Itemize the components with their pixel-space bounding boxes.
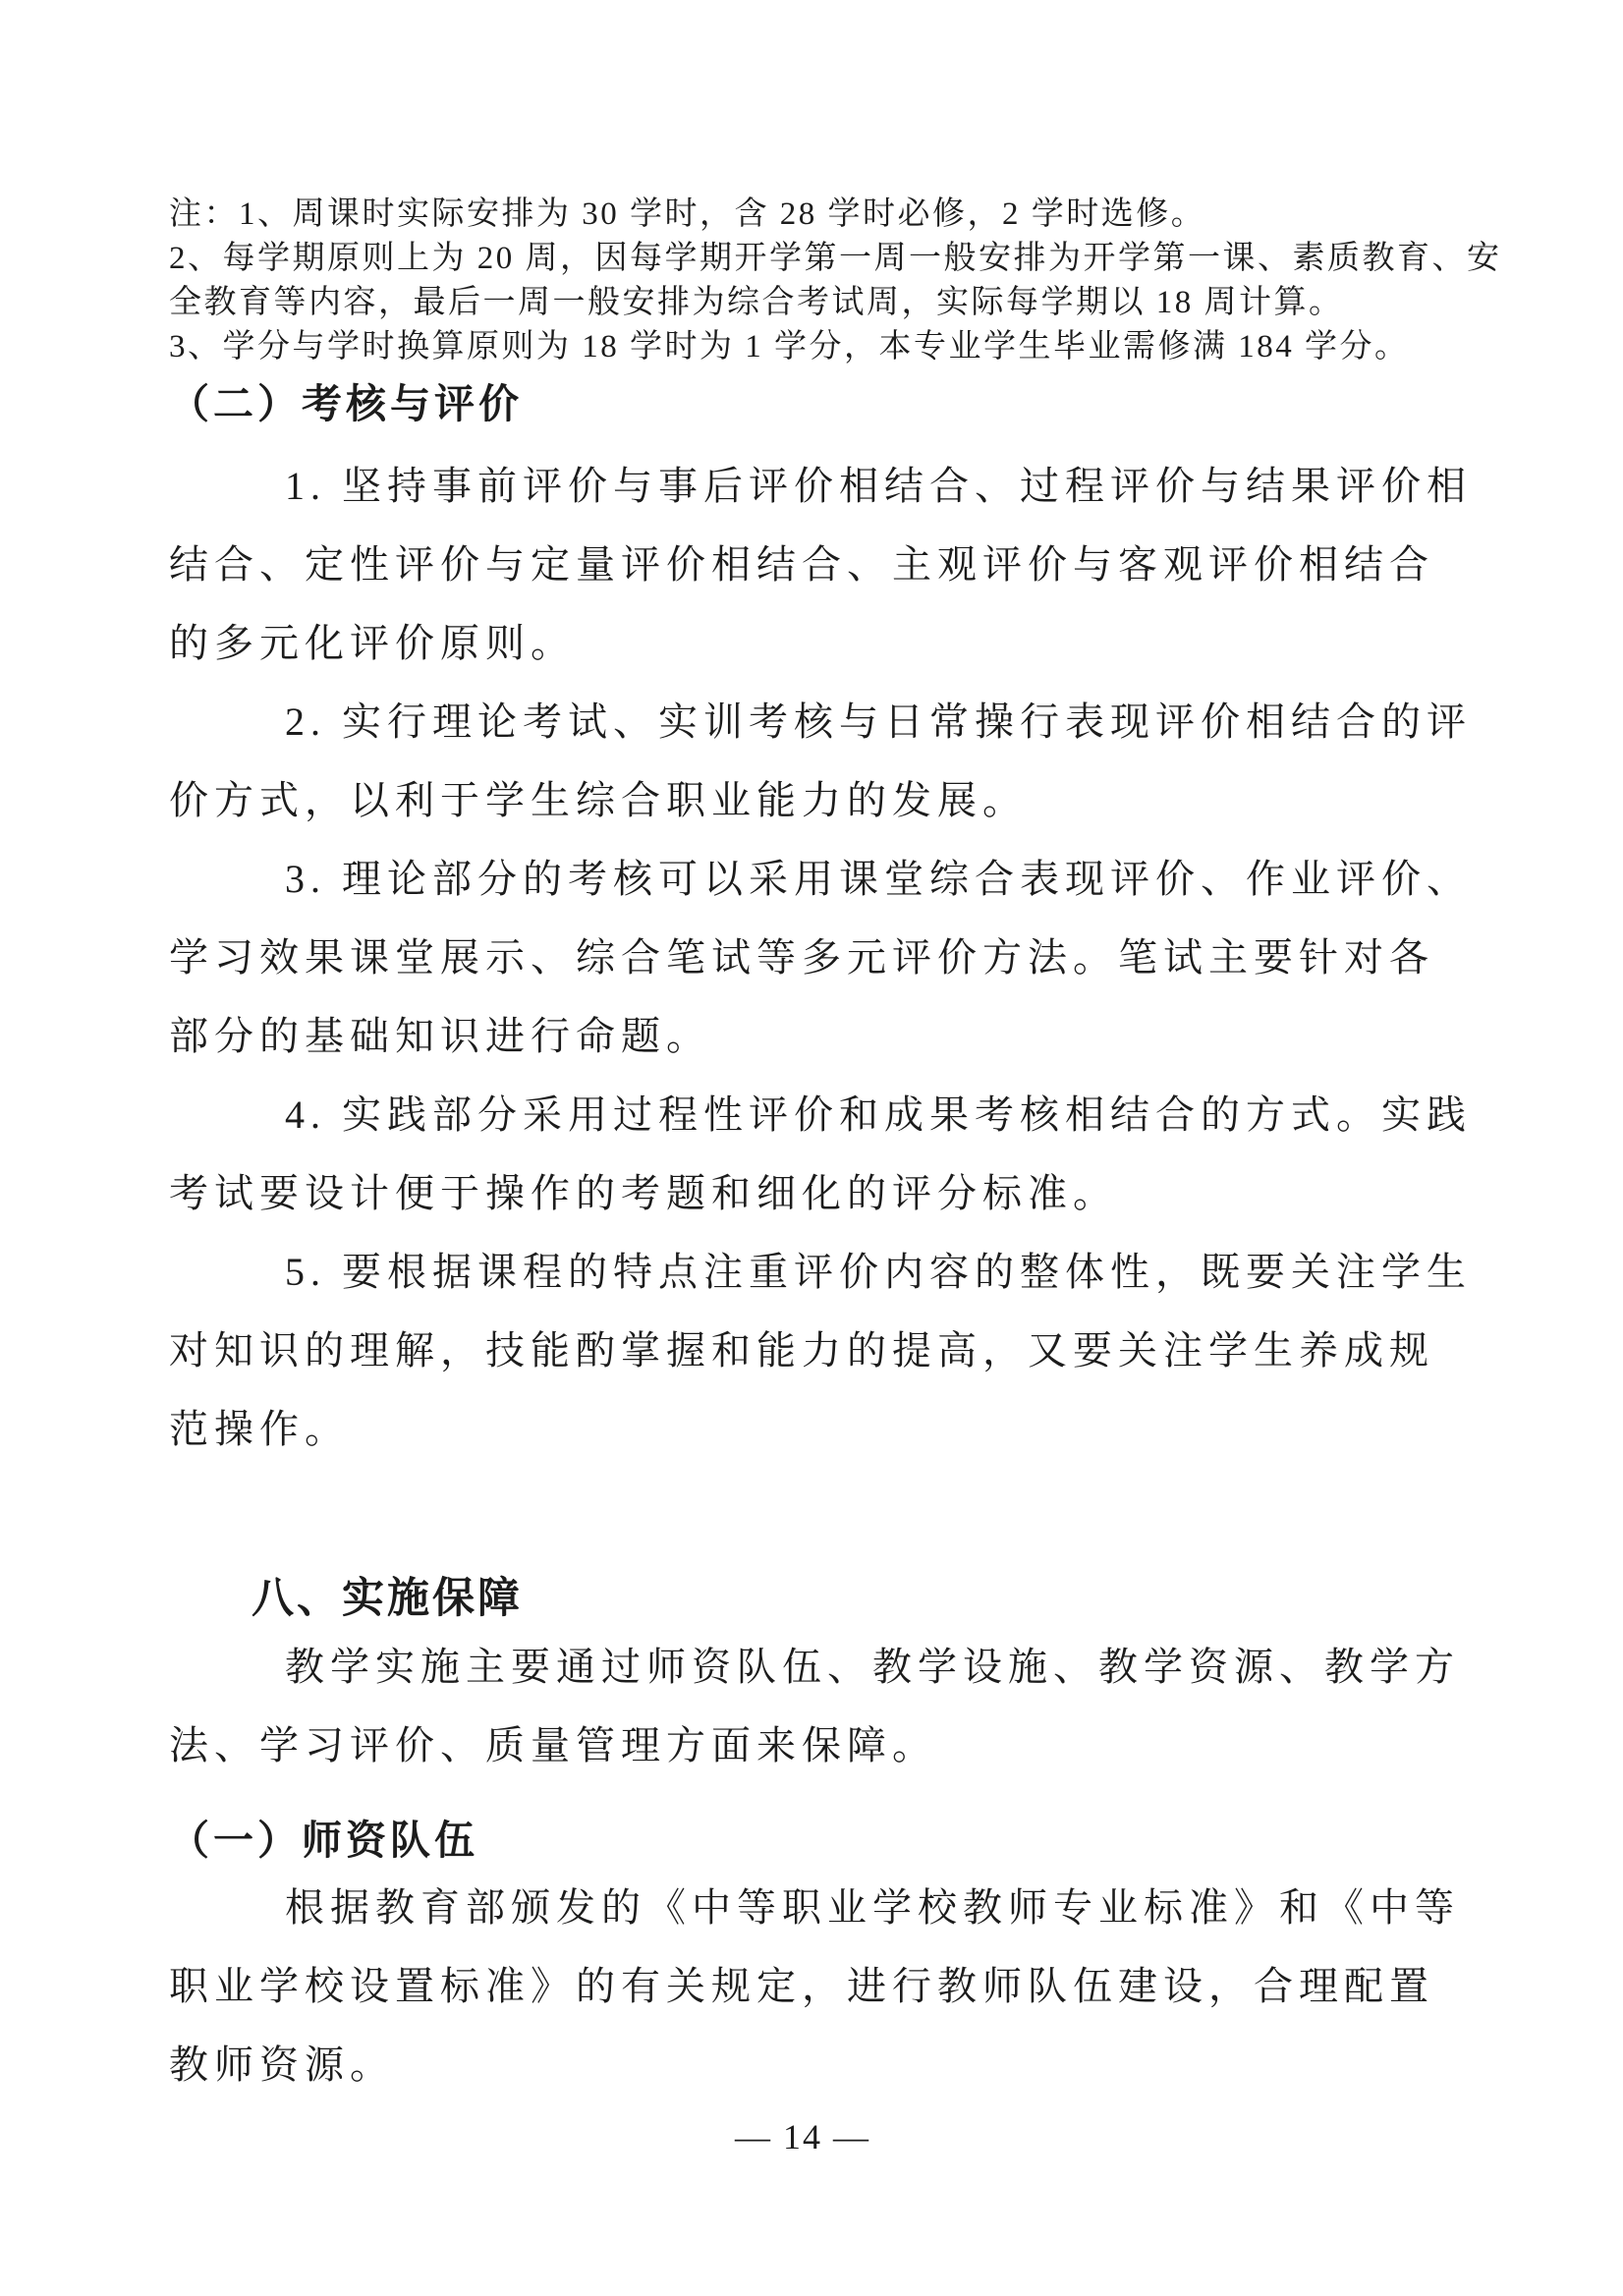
text-line: 教师资源。 bbox=[169, 2026, 1436, 2104]
text-line: 学习效果课堂展示、综合笔试等多元评价方法。笔试主要针对各 bbox=[169, 919, 1436, 997]
text-line: 1. 坚持事前评价与事后评价相结合、过程评价与结果评价相 bbox=[169, 447, 1436, 526]
section-heading-assessment: （二）考核与评价 bbox=[169, 375, 1436, 432]
paragraph: 根据教育部颁发的《中等职业学校教师专业标准》和《中等职业学校设置标准》的有关规定… bbox=[169, 1869, 1436, 2104]
text-line: 5. 要根据课程的特点注重评价内容的整体性，既要关注学生 bbox=[169, 1233, 1436, 1312]
text-line: 根据教育部颁发的《中等职业学校教师专业标准》和《中等 bbox=[169, 1869, 1436, 1947]
text-line: 职业学校设置标准》的有关规定，进行教师队伍建设，合理配置 bbox=[169, 1947, 1436, 2026]
text-line: 注：1、周课时实际安排为 30 学时，含 28 学时必修，2 学时选修。 bbox=[169, 193, 1436, 237]
text-line: 3、学分与学时换算原则为 18 学时为 1 学分，本专业学生毕业需修满 184 … bbox=[169, 325, 1436, 369]
notes-block: 注：1、周课时实际安排为 30 学时，含 28 学时必修，2 学时选修。2、每学… bbox=[169, 193, 1436, 369]
text-line: 的多元化评价原则。 bbox=[169, 604, 1436, 683]
faculty-paragraphs: 根据教育部颁发的《中等职业学校教师专业标准》和《中等职业学校设置标准》的有关规定… bbox=[169, 1869, 1436, 2104]
text-line: 2. 实行理论考试、实训考核与日常操行表现评价相结合的评 bbox=[169, 683, 1436, 761]
text-line: 法、学习评价、质量管理方面来保障。 bbox=[169, 1707, 1436, 1785]
text-line: 考试要设计便于操作的考题和细化的评分标准。 bbox=[169, 1154, 1436, 1233]
text-line: 范操作。 bbox=[169, 1390, 1436, 1469]
support-paragraphs: 教学实施主要通过师资队伍、教学设施、教学资源、教学方法、学习评价、质量管理方面来… bbox=[169, 1628, 1436, 1785]
subsection-heading-faculty: （一）师资队伍 bbox=[169, 1812, 1436, 1869]
paragraph: 2. 实行理论考试、实训考核与日常操行表现评价相结合的评价方式，以利于学生综合职… bbox=[169, 683, 1436, 840]
text-line: 4. 实践部分采用过程性评价和成果考核相结合的方式。实践 bbox=[169, 1076, 1436, 1154]
paragraph: 4. 实践部分采用过程性评价和成果考核相结合的方式。实践考试要设计便于操作的考题… bbox=[169, 1076, 1436, 1233]
section-heading-support: 八、实施保障 bbox=[252, 1569, 1436, 1628]
text-line: 全教育等内容，最后一周一般安排为综合考试周，实际每学期以 18 周计算。 bbox=[169, 281, 1436, 325]
text-line: 部分的基础知识进行命题。 bbox=[169, 997, 1436, 1076]
text-line: 2、每学期原则上为 20 周，因每学期开学第一周一般安排为开学第一课、素质教育、… bbox=[169, 237, 1436, 281]
paragraph: 5. 要根据课程的特点注重评价内容的整体性，既要关注学生对知识的理解，技能酌掌握… bbox=[169, 1233, 1436, 1469]
text-line: 3. 理论部分的考核可以采用课堂综合表现评价、作业评价、 bbox=[169, 840, 1436, 919]
text-line: 结合、定性评价与定量评价相结合、主观评价与客观评价相结合 bbox=[169, 526, 1436, 604]
paragraph: 教学实施主要通过师资队伍、教学设施、教学资源、教学方法、学习评价、质量管理方面来… bbox=[169, 1628, 1436, 1785]
text-line: 对知识的理解，技能酌掌握和能力的提高，又要关注学生养成规 bbox=[169, 1312, 1436, 1390]
text-line: 价方式，以利于学生综合职业能力的发展。 bbox=[169, 761, 1436, 840]
assessment-paragraphs: 1. 坚持事前评价与事后评价相结合、过程评价与结果评价相结合、定性评价与定量评价… bbox=[169, 447, 1436, 1469]
document-page: 注：1、周课时实际安排为 30 学时，含 28 学时必修，2 学时选修。2、每学… bbox=[0, 0, 1623, 2296]
page-number: — 14 — bbox=[169, 2112, 1436, 2161]
paragraph: 3. 理论部分的考核可以采用课堂综合表现评价、作业评价、学习效果课堂展示、综合笔… bbox=[169, 840, 1436, 1076]
paragraph: 1. 坚持事前评价与事后评价相结合、过程评价与结果评价相结合、定性评价与定量评价… bbox=[169, 447, 1436, 683]
text-line: 教学实施主要通过师资队伍、教学设施、教学资源、教学方 bbox=[169, 1628, 1436, 1707]
